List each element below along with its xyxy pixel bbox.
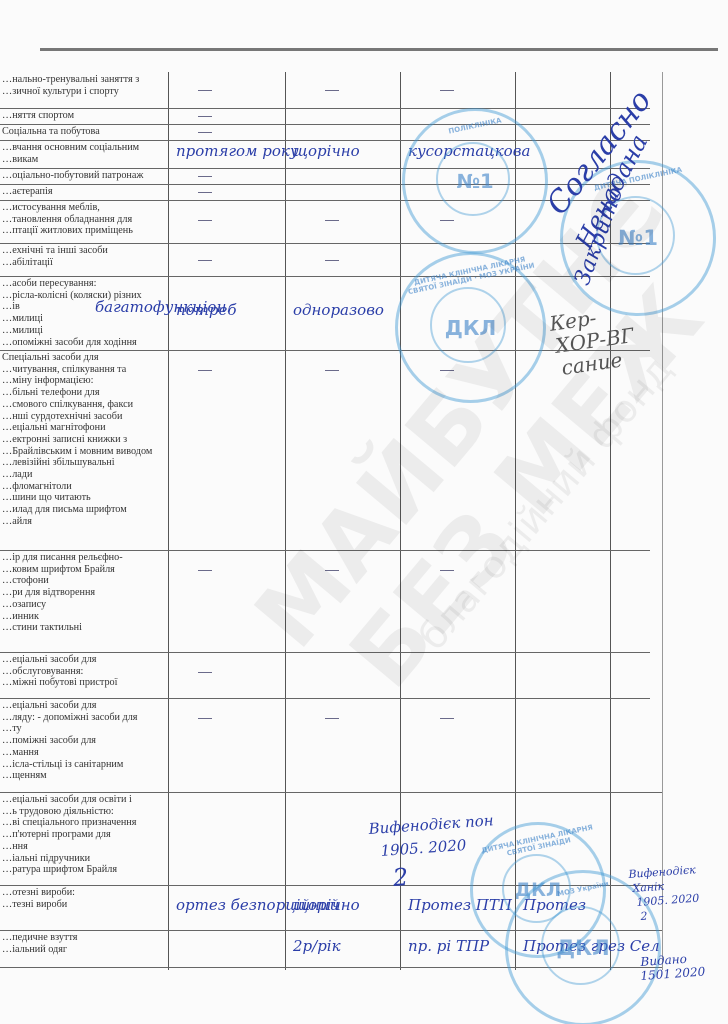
row-label: …няття спортом [2, 110, 74, 122]
row-label: …отезні вироби: …тезні вироби [2, 887, 75, 910]
handwritten-cell: пр. рі ТПР [408, 937, 489, 955]
empty-mark [325, 220, 339, 221]
column-divider [285, 72, 286, 970]
handwritten-cell: протягом року [176, 142, 299, 160]
row-label: …педичне взуття …іальний одяг [2, 932, 77, 955]
empty-mark [198, 370, 212, 371]
handwritten-annotation: 2 [392, 863, 409, 892]
row-label: …ір для писання рельєфно- …ковим шрифтом… [2, 552, 123, 634]
top-rule [40, 48, 718, 51]
stamp-center-text: ДКЛ [508, 936, 658, 960]
row-divider [0, 792, 662, 793]
handwritten-annotation: Ханік [632, 880, 665, 895]
empty-mark [198, 220, 212, 221]
stamp-ring-text: ПОЛІКЛІНІКА [406, 108, 545, 145]
empty-mark [198, 260, 212, 261]
stamp-center-text: №1 [405, 170, 545, 193]
handwritten-cell: 2р/рік [293, 937, 341, 955]
handwritten-cell: одноразово [293, 301, 384, 319]
empty-mark [198, 192, 212, 193]
empty-mark [325, 370, 339, 371]
row-label: …еціальні засоби для …обслуговування: …м… [2, 654, 117, 689]
handwritten-cell: щорічно [293, 896, 360, 914]
empty-mark [198, 672, 212, 673]
empty-mark [198, 90, 212, 91]
empty-mark [198, 176, 212, 177]
row-label: …нально-тренувальні заняття з …зичної ку… [2, 74, 139, 97]
row-divider [0, 168, 650, 169]
empty-mark [198, 718, 212, 719]
row-label: …еціальні засоби для …ляду: - допоміжні … [2, 700, 138, 782]
row-label: …аєтерапія [2, 186, 53, 198]
handwritten-annotation: Вифенодієк [628, 863, 696, 881]
row-divider [0, 108, 650, 109]
row-label: Соціальна та побутова [2, 126, 100, 138]
row-label: …еціальні засоби для освіти і …ь трудово… [2, 794, 136, 876]
row-label: Спеціальні засоби для …читування, спілку… [2, 352, 152, 528]
handwritten-annotation: 2 [640, 910, 648, 923]
row-label: …ехнічні та інші засоби …абілітації [2, 245, 108, 268]
empty-mark [325, 260, 339, 261]
handwritten-annotation: 1905. 2020 [380, 836, 467, 860]
empty-mark [198, 132, 212, 133]
row-label: …оціально-побутовий патронаж [2, 170, 143, 182]
empty-mark [440, 90, 454, 91]
empty-mark [325, 718, 339, 719]
handwritten-cell: щорічно [293, 142, 360, 160]
row-divider [0, 698, 650, 699]
handwritten-annotation: 1905. 2020 [636, 892, 700, 909]
empty-mark [440, 718, 454, 719]
empty-mark [198, 116, 212, 117]
empty-mark [325, 90, 339, 91]
handwritten-note: багатофункціон. [95, 298, 231, 316]
column-divider [168, 72, 169, 970]
row-label: …истосування меблів, …тановлення обладна… [2, 202, 133, 237]
row-label: …вчання основним соціальним …викам [2, 142, 139, 165]
row-divider [0, 124, 650, 125]
handwritten-annotation: Вифенодієк пон [368, 811, 494, 838]
stamp-polyclinic-1: ПОЛІКЛІНІКА№1 [402, 108, 548, 254]
empty-mark [198, 570, 212, 571]
row-divider [0, 140, 650, 141]
